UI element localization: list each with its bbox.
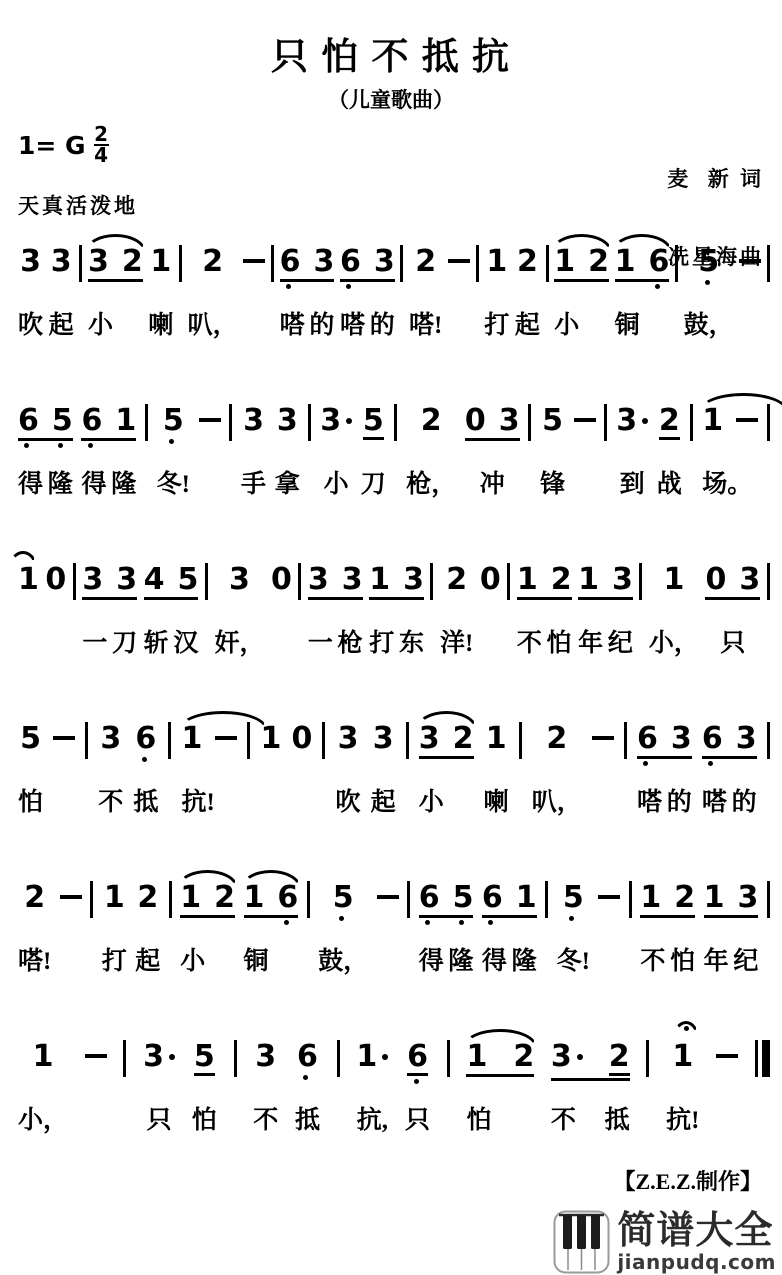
note: 5	[333, 882, 354, 913]
lyric: 到	[620, 464, 645, 495]
note-row: 12	[180, 868, 235, 934]
lyric: 不	[98, 782, 123, 813]
dash-glyph	[716, 1054, 738, 1058]
note-cell: 2起	[135, 868, 160, 972]
note: 3	[616, 405, 648, 436]
note-digit: 2	[415, 246, 436, 277]
lyric-pair: 得隆	[81, 464, 136, 495]
barline	[85, 722, 88, 759]
note-digit: 3	[499, 405, 520, 436]
note-row	[243, 232, 265, 298]
note-digit: 5	[20, 723, 41, 754]
note-cell: 45斩汉	[144, 550, 199, 654]
note-digit: 1	[33, 1041, 54, 1072]
note-row: 5	[20, 709, 41, 775]
lyric: 不	[517, 623, 542, 654]
lyric-pair: 嗒的	[702, 782, 757, 813]
note-digit: 6	[482, 882, 503, 913]
lyric-pair: 小	[88, 305, 143, 336]
barline	[624, 722, 627, 759]
note-digit: 6	[419, 882, 440, 913]
lyric: 汉	[173, 623, 198, 654]
lyric: 叭，	[188, 305, 238, 336]
note-row: 1	[486, 232, 507, 298]
lyric: 隆	[512, 941, 537, 972]
fermata-icon	[673, 1021, 699, 1038]
dash-glyph	[448, 259, 470, 263]
note-row: 1	[18, 550, 39, 616]
rest-dash	[243, 246, 265, 263]
note-digit: 3	[671, 723, 692, 754]
barline	[234, 1040, 237, 1077]
note-row: 12	[640, 868, 695, 934]
note-digit: 3	[20, 246, 41, 277]
lyric: 不	[551, 1100, 576, 1131]
lyric: 奸，	[214, 623, 264, 654]
lyric: 起	[135, 941, 160, 972]
logo-site-name: 简谱大全	[617, 1211, 773, 1249]
note-row: 2	[415, 232, 436, 298]
barline	[73, 563, 76, 600]
beamed-group: 32	[551, 1041, 630, 1081]
note: 1	[356, 1041, 388, 1072]
barline	[168, 722, 171, 759]
beamed-group: 1	[182, 723, 238, 754]
note-cell: 3手	[241, 391, 266, 495]
note-row: 1	[663, 550, 684, 616]
dash-glyph	[592, 736, 614, 740]
note-row: 0	[480, 550, 501, 616]
note-row: 3	[229, 550, 250, 616]
note: 3	[342, 564, 363, 595]
barline	[307, 881, 310, 918]
lyric: 打	[369, 623, 394, 654]
note-cell: 1场。	[702, 391, 758, 495]
beamed-group: 12	[180, 882, 235, 918]
note: 6	[482, 882, 503, 913]
note: 2	[517, 246, 538, 277]
note: 3	[255, 1041, 276, 1072]
lyric: 一	[82, 623, 107, 654]
note-digit: 3	[51, 246, 72, 277]
note: 0	[45, 564, 66, 595]
note-cell: 63嗒的	[340, 232, 395, 336]
note-digit: 3	[229, 564, 250, 595]
note-digit: 2	[517, 246, 538, 277]
note-digit: 4	[144, 564, 165, 595]
note-row: 3	[277, 391, 298, 457]
note-row	[60, 868, 82, 934]
beamed-group: 1	[702, 405, 758, 436]
augmentation-dot	[577, 1054, 583, 1060]
barline	[767, 563, 770, 600]
note: 2	[674, 882, 695, 913]
note-cell: 2枪，	[406, 391, 456, 495]
beamed-group: 12	[517, 564, 572, 600]
note-row: 13	[704, 868, 759, 934]
note-row: 12	[466, 1027, 534, 1093]
lyric: 年	[578, 623, 603, 654]
beamed-group: 61	[482, 882, 537, 918]
barline	[205, 563, 208, 600]
note-digit: 6	[280, 246, 301, 277]
lyric: 拿	[275, 464, 300, 495]
dash-cell	[716, 1027, 738, 1131]
slur-arc	[416, 711, 477, 729]
low-octave-dot	[488, 920, 493, 925]
score-line: 65得隆61得隆5冬!3手3拿3小5刀2枪，03冲5锋3到2战1场。	[16, 391, 772, 495]
note-digit: 2	[446, 564, 467, 595]
note-cell: 12小	[180, 868, 235, 972]
note-row: 63	[702, 709, 757, 775]
note: 1	[517, 564, 538, 595]
note: 2	[24, 882, 45, 913]
note-digit: 2	[659, 405, 680, 436]
lyric-pair: 一刀	[82, 623, 137, 654]
note: 6	[407, 1041, 428, 1076]
note: 3	[373, 723, 394, 754]
beamed-group: 16	[615, 246, 670, 282]
note: 2	[202, 246, 223, 277]
lyric: 抗!	[182, 782, 215, 813]
low-octave-dot	[339, 916, 344, 921]
lyric: 起	[371, 782, 396, 813]
note-cell: 5怕	[18, 709, 43, 813]
note-digit: 3	[255, 1041, 276, 1072]
note-cell: 32小	[419, 709, 474, 813]
note: 3	[308, 564, 329, 595]
lyric-pair: 斩汉	[144, 623, 199, 654]
dash-glyph	[243, 259, 265, 263]
note: 5	[178, 564, 199, 595]
lyric-pair: 怕	[466, 1100, 534, 1131]
lyric: 嗒!	[409, 305, 442, 336]
lyric: 东	[399, 623, 424, 654]
lyric: 打	[102, 941, 127, 972]
lyric: 洋!	[440, 623, 473, 654]
note-cell: 12不怕	[517, 550, 572, 654]
lyric: 一	[308, 623, 333, 654]
note-cell: 0	[480, 550, 501, 654]
note-cell: 3起	[371, 709, 396, 813]
note: 0	[480, 564, 501, 595]
note-row: 1	[150, 232, 171, 298]
note-cell: 1打	[102, 868, 127, 972]
note: 2	[421, 405, 442, 436]
note-digit: 5	[178, 564, 199, 595]
lyric: 不	[640, 941, 665, 972]
note: 5	[20, 723, 41, 754]
note: 3	[499, 405, 520, 436]
note-digit: 6	[135, 723, 156, 754]
note-digit: 3	[100, 723, 121, 754]
note-cell: 1	[18, 550, 39, 654]
note-row: 33	[308, 550, 363, 616]
low-octave-dot	[708, 761, 713, 766]
note-row	[739, 232, 761, 298]
slur-arc	[612, 234, 673, 252]
barline	[767, 245, 770, 282]
dash-glyph	[199, 418, 221, 422]
note: 2	[446, 564, 467, 595]
lyric: 隆	[111, 464, 136, 495]
site-logo[interactable]: 简谱大全 jianpudq.com	[553, 1210, 776, 1274]
note-cell: 2嗒!	[409, 232, 442, 336]
note-cell: 1	[261, 709, 282, 813]
lyric: 起	[515, 305, 540, 336]
note-digit: 6	[407, 1041, 428, 1072]
note-cell: 5冬!	[557, 868, 590, 972]
dash-cell	[448, 232, 470, 336]
key-signature: 1= G 2 4	[18, 126, 109, 164]
low-octave-dot	[142, 757, 147, 762]
note: 3	[100, 723, 121, 754]
note-row: 16	[244, 868, 299, 934]
low-octave-dot	[643, 761, 648, 766]
beamed-group: 32	[419, 723, 474, 759]
note-row: 3	[616, 391, 648, 457]
note: 3	[551, 1041, 583, 1076]
note-row: 12	[517, 550, 572, 616]
beamed-group: 63	[340, 246, 395, 282]
note-row: 6	[407, 1027, 428, 1093]
note-digit: 1	[672, 1041, 693, 1072]
note-digit: 5	[542, 405, 563, 436]
note-cell: 3吹	[18, 232, 43, 336]
lyric: 抵	[605, 1100, 630, 1131]
note: 6	[280, 246, 301, 277]
note-digit: 0	[705, 564, 726, 595]
barline	[604, 404, 607, 441]
note-row: 32	[419, 709, 474, 775]
note-row: 5	[698, 232, 719, 298]
note-cell: 0	[292, 709, 313, 813]
augmentation-dot	[169, 1054, 175, 1060]
note-row: 1	[702, 391, 758, 457]
note: 5	[194, 1041, 215, 1076]
beamed-group: 33	[82, 564, 137, 600]
note-row: 03	[705, 550, 760, 616]
score-line: 5怕3不6抵1抗!103吹3起32小1喇2叭，63嗒的63嗒的	[16, 709, 772, 813]
note-digit: 1	[517, 564, 538, 595]
lyric: 铜	[615, 305, 640, 336]
note-row: 5	[542, 391, 563, 457]
note: 3	[671, 723, 692, 754]
lyric: 得	[482, 941, 507, 972]
lyric: 嗒	[280, 305, 305, 336]
note: 5	[453, 882, 474, 913]
note-cell: 1喇	[484, 709, 509, 813]
beamed-group: 03	[705, 564, 760, 600]
low-octave-dot	[58, 443, 63, 448]
note-digit: 3	[616, 405, 637, 436]
note-cell: 13打东	[369, 550, 424, 654]
lyric-pair: 场。	[702, 464, 758, 495]
note-row: 1	[486, 709, 507, 775]
lyric: 怕	[547, 623, 572, 654]
note-digit: 1	[356, 1041, 377, 1072]
note-cell: 1抗,	[356, 1027, 388, 1131]
note-digit: 3	[308, 564, 329, 595]
lyric: 的	[309, 305, 334, 336]
lyric: 刀	[112, 623, 137, 654]
note: 3	[738, 882, 759, 913]
note: 1	[104, 882, 125, 913]
note-row: 61	[81, 391, 136, 457]
beamed-group: 03	[465, 405, 520, 441]
score-line: 2嗒!1打2起12小16铜5鼓，65得隆61得隆5冬!12不怕13年纪	[16, 868, 772, 972]
note-row: 6	[297, 1027, 318, 1093]
note-cell: 0	[271, 550, 292, 654]
lyric-pair: 嗒的	[340, 305, 395, 336]
dash-glyph	[85, 1054, 107, 1058]
note-cell: 32小	[88, 232, 143, 336]
beamed-group: 65	[419, 882, 474, 918]
lyric-pair: 年纪	[704, 941, 759, 972]
lyric: 怕	[466, 1100, 491, 1131]
note-cell: 61得隆	[81, 391, 136, 495]
note-cell: 3拿	[275, 391, 300, 495]
beamed-group: 61	[81, 405, 136, 441]
note: 1	[640, 882, 661, 913]
note: 3	[736, 723, 757, 754]
lyric: 小	[554, 305, 579, 336]
low-octave-dot	[414, 1079, 419, 1084]
note-cell: 03只	[705, 550, 760, 654]
barline	[476, 245, 479, 282]
lyric: 得	[81, 464, 106, 495]
note: 3	[403, 564, 424, 595]
note: 0	[271, 564, 292, 595]
note-cell: 1小，	[649, 550, 699, 654]
meter-numerator: 2	[94, 126, 108, 143]
note: 0	[465, 405, 486, 436]
note-digit: 2	[24, 882, 45, 913]
note-row: 13	[369, 550, 424, 616]
lyric: 隆	[448, 941, 473, 972]
note-row: 2	[446, 550, 467, 616]
low-octave-dot	[569, 916, 574, 921]
rest-dash	[574, 405, 596, 422]
beamed-group: 45	[144, 564, 199, 600]
note-cell: 3不	[98, 709, 123, 813]
augmentation-dot	[382, 1054, 388, 1060]
note-cell: 5怕	[192, 1027, 217, 1131]
note-row	[53, 709, 75, 775]
lyric: 冬!	[157, 464, 190, 495]
lyric: 斩	[144, 623, 169, 654]
note-cell: 1打	[484, 232, 509, 336]
low-octave-dot	[459, 920, 464, 925]
beamed-group: 32	[88, 246, 143, 282]
note-digit: 2	[674, 882, 695, 913]
note-digit: 3	[403, 564, 424, 595]
note-row: 65	[18, 391, 73, 457]
note-digit: 1	[578, 564, 599, 595]
rest-dash	[448, 246, 470, 263]
dash-glyph	[60, 895, 82, 899]
low-octave-dot	[24, 443, 29, 448]
note: 3	[277, 405, 298, 436]
lyric: 场。	[702, 464, 752, 495]
rest-dash	[199, 405, 221, 422]
note-cell: 3到	[616, 391, 648, 495]
lyric-pair: 得隆	[18, 464, 73, 495]
note-digit: 1	[516, 882, 537, 913]
final-barline	[755, 1040, 770, 1077]
note: 3	[612, 564, 633, 595]
augmentation-dot	[642, 418, 648, 424]
beamed-group: 13	[369, 564, 424, 600]
note: 6	[419, 882, 440, 913]
barline	[337, 1040, 340, 1077]
beamed-group: 13	[704, 882, 759, 918]
lyric: 只	[405, 1100, 430, 1131]
lyric: 小	[88, 305, 113, 336]
lyric: 手	[241, 464, 266, 495]
lyric-pair: 年纪	[578, 623, 633, 654]
note-row: 6	[135, 709, 156, 775]
note-row	[592, 709, 614, 775]
note-row: 3	[373, 709, 394, 775]
lyric: 怕	[18, 782, 43, 813]
dash-cell	[574, 391, 596, 495]
barline	[639, 563, 642, 600]
note: 0	[705, 564, 726, 595]
note: 6	[637, 723, 658, 754]
note-cell: 3不	[253, 1027, 278, 1131]
note: 3	[51, 246, 72, 277]
note-row	[574, 391, 596, 457]
rest-dash	[85, 1041, 107, 1058]
lyric: 鼓，	[318, 941, 368, 972]
note-digit: 3	[143, 1041, 164, 1072]
note-digit: 3	[116, 564, 137, 595]
low-octave-dot	[303, 1075, 308, 1080]
meta-row: 1= G 2 4 麦 新 词 冼星海曲	[18, 118, 764, 190]
lyric: 嗒	[340, 305, 365, 336]
note: 6	[297, 1041, 318, 1072]
note-cell: 2叭，	[532, 709, 582, 813]
note-cell: 1抗!	[182, 709, 238, 813]
note-digit: 6	[297, 1041, 318, 1072]
note: 3	[82, 564, 103, 595]
lyric: 怕	[192, 1100, 217, 1131]
dash-glyph	[736, 418, 758, 422]
dash-cell	[377, 868, 399, 972]
lyric-pair: 嗒的	[280, 305, 335, 336]
note: 3	[313, 246, 334, 277]
lyric: 抗!	[666, 1100, 699, 1131]
lyric: 只	[147, 1100, 172, 1131]
note-cell: 6抵	[295, 1027, 320, 1131]
lyric: 吹	[336, 782, 361, 813]
note-row: 5	[563, 868, 584, 934]
note-digit: 5	[453, 882, 474, 913]
barline	[646, 1040, 649, 1077]
note-digit: 5	[52, 405, 73, 436]
note-row: 32	[551, 1027, 630, 1093]
lyric: 冲	[480, 464, 505, 495]
note-row: 16	[615, 232, 670, 298]
low-octave-dot	[346, 284, 351, 289]
note-cell: 5鼓，	[318, 868, 368, 972]
beamed-group: 13	[578, 564, 633, 600]
note-cell: 12不怕	[640, 868, 695, 972]
tie-end-arc	[9, 551, 37, 567]
dash-glyph	[215, 736, 237, 740]
rest-dash	[377, 882, 399, 899]
